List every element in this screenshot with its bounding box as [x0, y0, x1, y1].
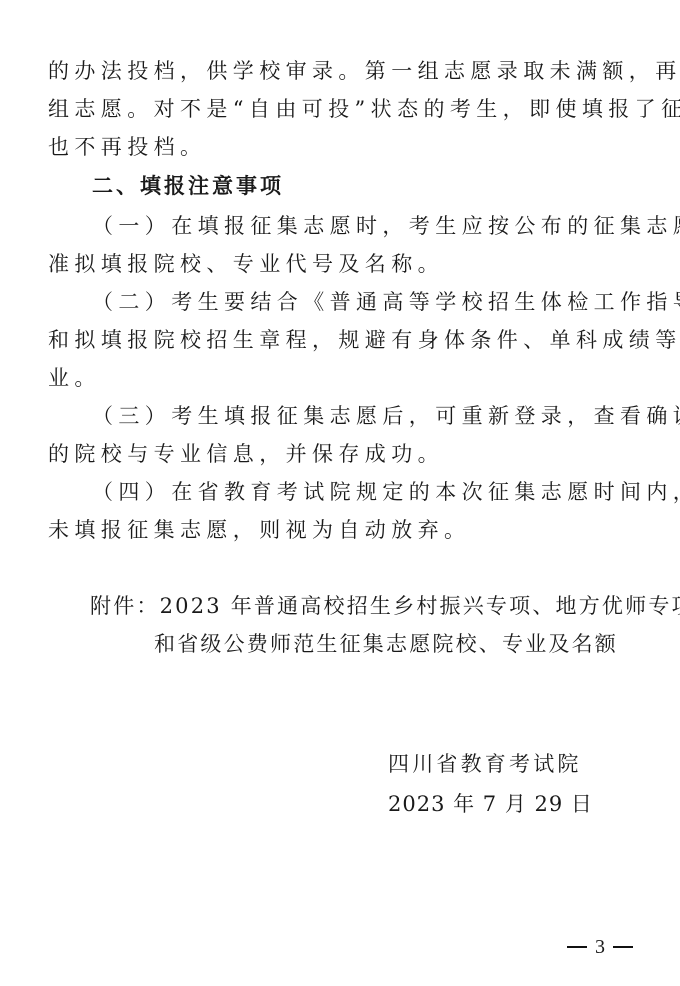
item-2-line: （二）考生要结合《普通高等学校招生体检工作指导意见》 — [92, 287, 680, 317]
section-heading: 二、填报注意事项 — [92, 171, 680, 201]
page-number-value: 3 — [595, 935, 605, 959]
body-text-line: 的办法投档，供学校审录。第一组志愿录取未满额，再投档第二 — [48, 56, 638, 86]
item-1-line: （一）在填报征集志愿时，考生应按公布的征集志愿计划核 — [92, 211, 680, 241]
page-number: 3 — [560, 935, 640, 959]
item-1-line: 准拟填报院校、专业代号及名称。 — [48, 249, 638, 279]
item-3-line: （三）考生填报征集志愿后，可重新登录，查看确认所填报 — [92, 401, 680, 431]
item-2-line: 和拟填报院校招生章程，规避有身体条件、单科成绩等要求的专 — [48, 325, 638, 355]
body-text-line: 组志愿。对不是“自由可投”状态的考生，即使填报了征集志愿 — [48, 94, 638, 124]
item-3-line: 的院校与专业信息，并保存成功。 — [48, 439, 638, 469]
item-2-line: 业。 — [48, 363, 638, 393]
attachment-line: 和省级公费师范生征集志愿院校、专业及名额 — [154, 629, 680, 659]
issue-date: 2023 年 7 月 29 日 — [388, 789, 680, 819]
body-text-line: 也不再投档。 — [48, 132, 638, 162]
item-4-line: 未填报征集志愿，则视为自动放弃。 — [48, 515, 638, 545]
item-4-line: （四）在省教育考试院规定的本次征集志愿时间内，考生若 — [92, 477, 680, 507]
dash-decoration — [567, 946, 587, 948]
issuing-organization: 四川省教育考试院 — [388, 749, 680, 779]
dash-decoration — [613, 946, 633, 948]
attachment-line: 附件：2023 年普通高校招生乡村振兴专项、地方优师专项 — [90, 591, 680, 621]
